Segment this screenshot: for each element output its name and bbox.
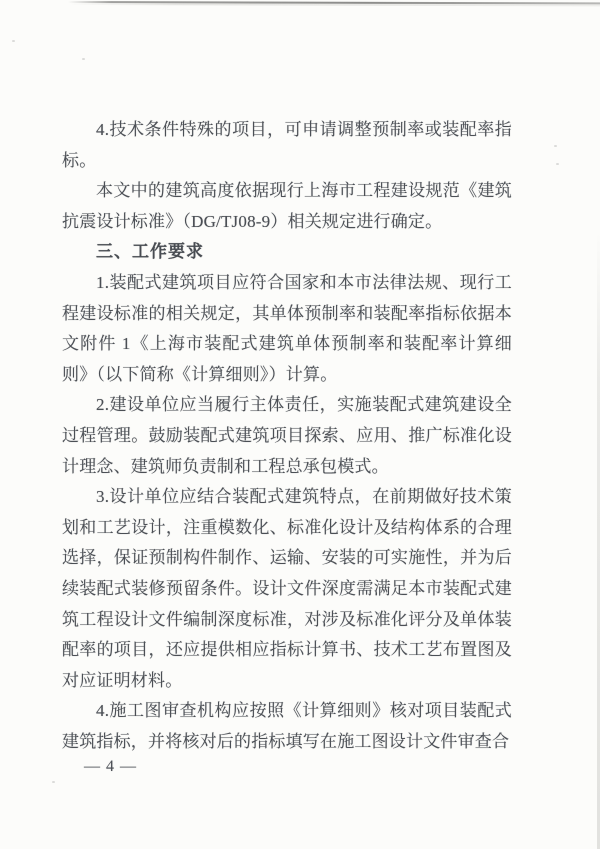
scan-speck <box>82 58 85 60</box>
scan-speck <box>12 40 15 42</box>
scan-speck <box>554 145 557 147</box>
page-number: — 4 — <box>84 758 137 776</box>
paragraph-item-3-design-unit: 3.设计单位应结合装配式建筑特点，在前期做好技术策划和工艺设计，注重模数化、标准… <box>62 482 512 696</box>
paragraph-adjust-indicators: 4.技术条件特殊的项目，可申请调整预制率或装配率指标。 <box>62 115 512 176</box>
scan-speck <box>556 163 559 165</box>
paragraph-item-2-construction-unit: 2.建设单位应当履行主体责任，实施装配式建筑建设全过程管理。鼓励装配式建筑项目探… <box>62 390 512 482</box>
scan-top-edge-shadow <box>68 3 600 6</box>
document-body: 4.技术条件特殊的项目，可申请调整预制率或装配率指标。 本文中的建筑高度依据现行… <box>62 115 512 757</box>
scan-speck <box>52 781 55 783</box>
paragraph-item-1-compliance: 1.装配式建筑项目应符合国家和本市法律法规、现行工程建设标准的相关规定，其单体预… <box>62 268 512 390</box>
section-heading-work-requirements: 三、工作要求 <box>62 237 512 268</box>
paragraph-building-height-basis: 本文中的建筑高度依据现行上海市工程建设规范《建筑抗震设计标准》（DG/TJ08-… <box>62 176 512 237</box>
paragraph-item-4-drawing-review: 4.施工图审查机构应按照《计算细则》核对项目装配式建筑指标，并将核对后的指标填写… <box>62 696 512 757</box>
document-page: 4.技术条件特殊的项目，可申请调整预制率或装配率指标。 本文中的建筑高度依据现行… <box>0 0 600 849</box>
